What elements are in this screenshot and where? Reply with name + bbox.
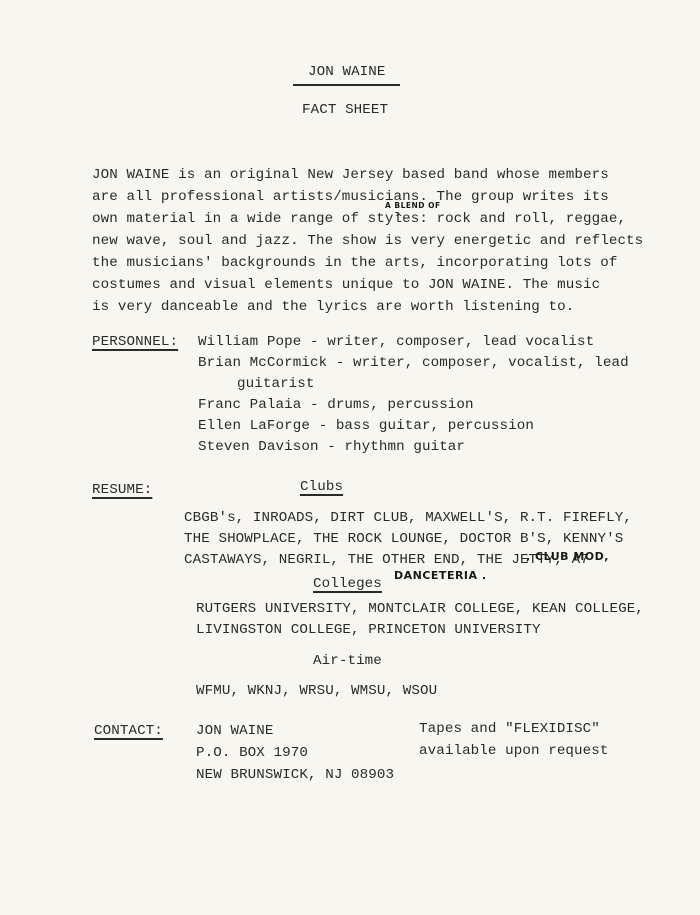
airtime-line: WFMU, WKNJ, WRSU, WMSU, WSOU [196,684,437,698]
intro-line: JON WAINE is an original New Jersey base… [92,168,609,182]
intro-line: the musicians' backgrounds in the arts, … [92,256,617,270]
handwritten-clubs-1: , CLUB MOD, [526,551,609,562]
document-title: JON WAINE [308,65,386,79]
handwritten-clubs-2: DANCETERIA . [394,570,487,581]
intro-line: is very danceable and the lyrics are wor… [92,300,574,314]
contact-address-line: JON WAINE [196,724,274,738]
title-rule [293,84,400,86]
document-page: JON WAINE FACT SHEET JON WAINE is an ori… [0,0,700,915]
resume-label: RESUME: [92,483,152,497]
clubs-line: THE SHOWPLACE, THE ROCK LOUNGE, DOCTOR B… [184,532,623,546]
contact-label: CONTACT: [94,724,163,738]
intro-line: new wave, soul and jazz. The show is ver… [92,234,643,248]
document-subtitle: FACT SHEET [302,103,388,117]
personnel-member: Ellen LaForge - bass guitar, percussion [198,419,534,433]
clubs-line: CBGB's, INROADS, DIRT CLUB, MAXWELL'S, R… [184,511,632,525]
contact-note-line: available upon request [419,744,609,758]
colleges-line: LIVINGSTON COLLEGE, PRINCETON UNIVERSITY [196,623,541,637]
contact-address-line: P.O. BOX 1970 [196,746,308,760]
colleges-line: RUTGERS UNIVERSITY, MONTCLAIR COLLEGE, K… [196,602,644,616]
personnel-member: Brian McCormick - writer, composer, voca… [198,356,629,370]
personnel-member: Steven Davison - rhythmn guitar [198,440,465,454]
personnel-member: Franc Palaia - drums, percussion [198,398,474,412]
intro-line: own material in a wide range of styles: … [92,212,626,226]
personnel-member-continued: guitarist [237,377,315,391]
clubs-heading: Clubs [300,480,343,494]
intro-line: costumes and visual elements unique to J… [92,278,600,292]
handwritten-insert: A BLEND OF [385,202,441,210]
personnel-member: William Pope - writer, composer, lead vo… [198,335,594,349]
contact-address-line: NEW BRUNSWICK, NJ 08903 [196,768,394,782]
airtime-heading: Air-time [313,654,382,668]
intro-line: are all professional artists/musicians. … [92,190,609,204]
contact-note-line: Tapes and "FLEXIDISC" [419,722,600,736]
caret-mark: ^ [395,214,403,223]
colleges-heading: Colleges [313,577,382,591]
personnel-label: PERSONNEL: [92,335,178,349]
